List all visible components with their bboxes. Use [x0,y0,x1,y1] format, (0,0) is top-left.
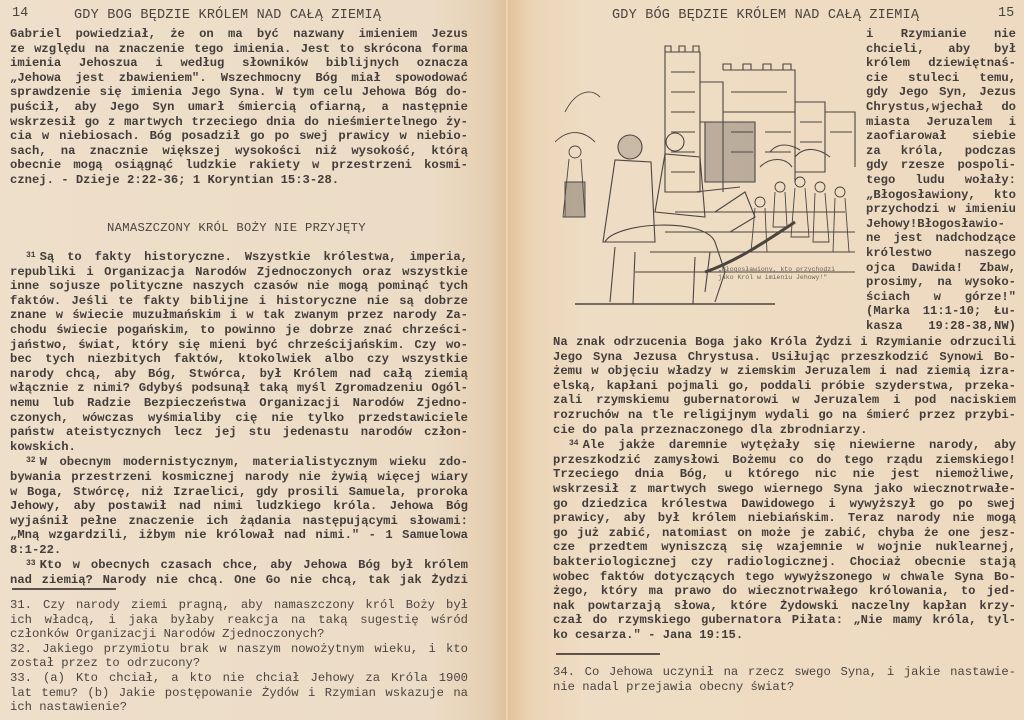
text-line: Chrystus,wjechał do [866,100,1016,115]
text-line: cznej. - Dzieje 2:22-36; 1 Koryntian 15:… [10,173,468,188]
question-line: lat temu? (b) Jakie postępowanie Żydów i… [10,686,468,701]
page-number: 15 [998,6,1014,21]
text-line: ściach w górze!" [866,290,1016,305]
text-line: „Jehowa jest zbawieniem". Wszechmocny Bó… [10,71,468,86]
question-line: 34. Co Jehowa uczynił na rzecz swego Syn… [553,665,1016,680]
study-questions: 34. Co Jehowa uczynił na rzecz swego Syn… [553,665,1016,694]
question-line: nie nadal przejawia obecny świat? [553,680,1016,695]
text-line: elską, kapłani pojmali go, poddali próbi… [553,379,1016,394]
text-line: wobec faktów dotyczących tego wywyższone… [553,570,1016,585]
paragraph-number: 33 [26,559,36,568]
text-line: prawicy, aby był królem niebiańskim. Ter… [553,511,1016,526]
question-line: ich władcą, i jaka byłaby reakcja na tak… [10,613,468,628]
text-line: rozruchów na tle religijnym wydali go na… [553,408,1016,423]
text-line: miasta Jeruzalem i [866,115,1016,130]
text-line: Ale jakże daremnie wytężały się niewiern… [583,438,1016,452]
text-line: ko cesarza." - Jana 19:15. [553,628,1016,643]
text-line: kowskich. [10,440,468,455]
text-line: sprawdzenie się imienia Jego Syna. W tym… [10,85,468,100]
text-line: Gabriel powiedział, że on ma być nazwany… [10,27,468,42]
text-line: bywania przestrzeni kosmicznej narody ni… [10,470,468,485]
caption-line: „Błogosławiony, kto przychodzi [718,266,835,274]
text-line: zaofiarował siebie [866,129,1016,144]
text-line: królem dziewiętnaś- [866,56,1016,71]
text-line: żego, który ma prawo do wiecznotrwałego … [553,584,1016,599]
text-line: gdy Jego Syn, Jezus [866,85,1016,100]
text-line: ne jest nadchodzące [866,231,1016,246]
text-line: za króla, podczas [866,144,1016,159]
illustration-caption: „Błogosławiony, kto przychodzi jako Król… [718,266,835,282]
question-line: został przez to odrzucony? [10,656,468,671]
side-column-text: i Rzymianie nie chcieli, aby był królem … [866,27,1016,333]
text-line: cie do pala przeznaczonego dla zbrodniar… [553,423,1016,438]
question-line: ich nastawienie? [10,700,468,715]
left-page: 14 GDY BOG BĘDZIE KRÓLEM NAD CAŁĄ ZIEMIĄ… [0,0,508,720]
text-line: państw ateistycznych lecz jej stu jedena… [10,425,468,440]
text-line: żemu w objęciu władzy w ziemskim Jeruzal… [553,364,1016,379]
footnote-divider [12,588,116,590]
text-line: przeszkodzić zamysłowi Bożemu co do tego… [553,453,1016,468]
question-line: 31. Czy narody ziemi pragną, aby namaszc… [10,598,468,613]
text-line: puścił, aby Jego Syn umarł śmiercią ofia… [10,100,468,115]
text-line: i Rzymianie nie [866,27,1016,42]
text-line: (Marka 11:1-10; Łu- [866,304,1016,319]
text-line: zali rzymskiemu gubernatorowi w Jeruzale… [553,393,1016,408]
paragraph-number: 32 [26,456,36,465]
text-line: chodu świecie pogańskim, to powinno je d… [10,323,468,338]
section-heading: NAMASZCZONY KRÓL BOŻY NIE PRZYJĘTY [107,221,366,235]
text-line: cia w niebiosach. Bóg posadził go po swe… [10,129,468,144]
text-line: prosimy, na wysoko- [866,275,1016,290]
running-head: GDY BÓG BĘDZIE KRÓLEM NAD CAŁĄ ZIEMIĄ [612,8,919,23]
text-line: go już zabić, natomiast on może je zabić… [553,526,1016,541]
text-line: królestwo naszego [866,246,1016,261]
intro-paragraph: Gabriel powiedział, że on ma być nazwany… [10,27,468,188]
text-line: Trzeciego dnia Bóg, u którego nic nie je… [553,467,1016,482]
text-line: kasza 19:28-38,NW) [866,319,1016,334]
text-line: Jego Syna Jezusa Chrystusa. Usiłując prz… [553,350,1016,365]
text-line: jaństwo, świat, który się mieni być chrz… [10,338,468,353]
right-body-text: Na znak odrzucenia Boga jako Króla Żydzi… [553,335,1016,642]
text-line: ojca Dawida! Zbaw, [866,261,1016,276]
text-line: faktów. Jeśli te fakty biblijne i histor… [10,294,468,309]
text-line: tego ludu wołały: [866,173,1016,188]
text-line: chcieli, aby był [866,42,1016,57]
question-line: 33. (a) Kto chciał, a kto nie chciał Jeh… [10,671,468,686]
paragraph-number: 31 [26,251,36,260]
text-line: sach, na znacznie większej wysokości niż… [10,144,468,159]
text-line: W obecnym modernistycznym, materialistyc… [40,455,468,469]
text-line: znane w świecie muzułmańskim i w tak zwa… [10,308,468,323]
text-line: republiki i Organizacja Narodów Zjednocz… [10,265,468,280]
text-line: imienia Jehoszua i według słowników bibl… [10,56,468,71]
running-head: GDY BOG BĘDZIE KRÓLEM NAD CAŁĄ ZIEMIĄ [74,8,381,23]
study-questions: 31. Czy narody ziemi pragną, aby namaszc… [10,598,468,715]
text-line: inne sojusze polityczne naszych czasów n… [10,279,468,294]
text-line: 8:1-22. [10,543,468,558]
text-line: Na znak odrzucenia Boga jako Króla Żydzi… [553,335,1016,350]
text-line: Jehowy!Błogosławio- [866,217,1016,232]
text-line: bec tych niezbitych faktów, ktokolwiek a… [10,352,468,367]
text-line: Jehowy, aby postawił nad nimi ludzkiego … [10,499,468,514]
text-line: Kto w obecnych czasach chce, aby Jehowa … [40,558,468,572]
page-number: 14 [12,6,28,21]
text-line: w Boga, Stwórcę, niż Izraelici, gdy pros… [10,485,468,500]
paragraph-number: 34 [569,439,579,448]
footnote-divider [556,653,660,655]
paragraph-31: 31Są to fakty historyczne. Wszystkie kró… [10,249,468,588]
caption-line: jako Król w imieniu Jehowy!" [718,274,835,282]
text-line: gdy rzesze pospoli- [866,158,1016,173]
text-line: przychodzi w imieniu [866,202,1016,217]
text-line: nad ziemią? Narody nie chcą. One Go nie … [10,573,468,588]
text-line: wskrzesił z martwych swego wiernego Syna… [553,482,1016,497]
text-line: wskrzesił go z martwych trzeciego dnia d… [10,115,468,130]
text-line: bakteriologicznej czy radiologicznej. Ch… [553,555,1016,570]
text-line: Są to fakty historyczne. Wszystkie króle… [40,250,468,264]
text-line: „Mną wzgardzili, iżbym nie królował nad … [10,528,468,543]
text-line: nemu lub Radzie Bezpieczeństwa Organizac… [10,396,468,411]
text-line: narody chcą, aby Bóg, Stwórca, był Króle… [10,367,468,382]
text-line: go dziedzica królestwa Dawidowego i wywy… [553,497,1016,512]
text-line: czonych, wówczas wyśmialiby cię nie tylk… [10,411,468,426]
question-line: 32. Jakiego przymiotu brak w naszym nowo… [10,642,468,657]
text-line: włącznie z nimi? Gdybyś podsunął taką my… [10,381,468,396]
text-line: ze względu na znaczenie tego imienia. Je… [10,42,468,57]
text-line: nak powtarzają słowa, które Żydowski nac… [553,599,1016,614]
text-line: wyjaśnił pełne znaczenie ich żądania nas… [10,514,468,529]
text-line: obecnie mogą osiągnąć ludzkie rakiety w … [10,158,468,173]
question-line: członków Organizacji Narodów Zjednoczony… [10,627,468,642]
text-line: „Błogosławiony, kto [866,188,1016,203]
text-line: cze przedtem wyniszczą się wzajemnie w w… [553,540,1016,555]
text-line: cie stuleci temu, [866,71,1016,86]
text-line: czał do rzymskiego gubernatora Piłata: „… [553,613,1016,628]
